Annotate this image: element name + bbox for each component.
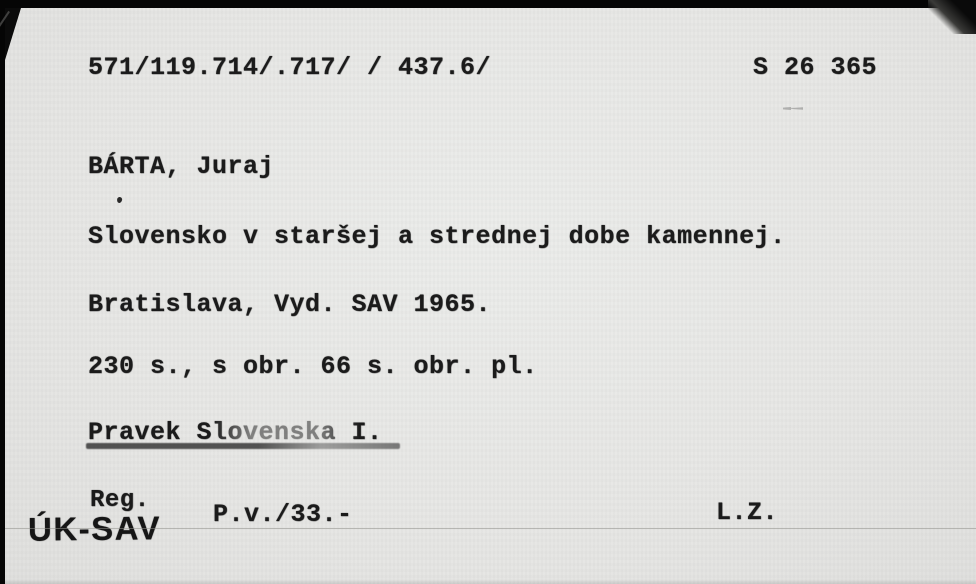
collation-line: 230 s., s obr. 66 s. obr. pl.: [88, 352, 538, 382]
cataloguer-initials: L.Z.: [716, 498, 778, 528]
imprint-line: Bratislava, Vyd. SAV 1965.: [88, 290, 491, 320]
library-stamp: ÚK-SAV: [28, 510, 161, 547]
classification-number: 571/119.714/.717/ / 437.6/: [88, 53, 491, 83]
shelfmark-number: S 26 365: [753, 53, 877, 83]
author-heading: BÁRTA, Juraj: [88, 152, 274, 182]
title-line: Slovensko v staršej a strednej dobe kame…: [88, 222, 786, 252]
price-note: P.v./33.-: [213, 500, 353, 530]
scanned-catalog-card: 571/119.714/.717/ / 437.6/ S 26 365 BÁRT…: [0, 0, 976, 584]
scan-corner-top-right: [928, 0, 976, 34]
card-ruled-line: [5, 528, 976, 529]
series-underline: [86, 443, 400, 449]
